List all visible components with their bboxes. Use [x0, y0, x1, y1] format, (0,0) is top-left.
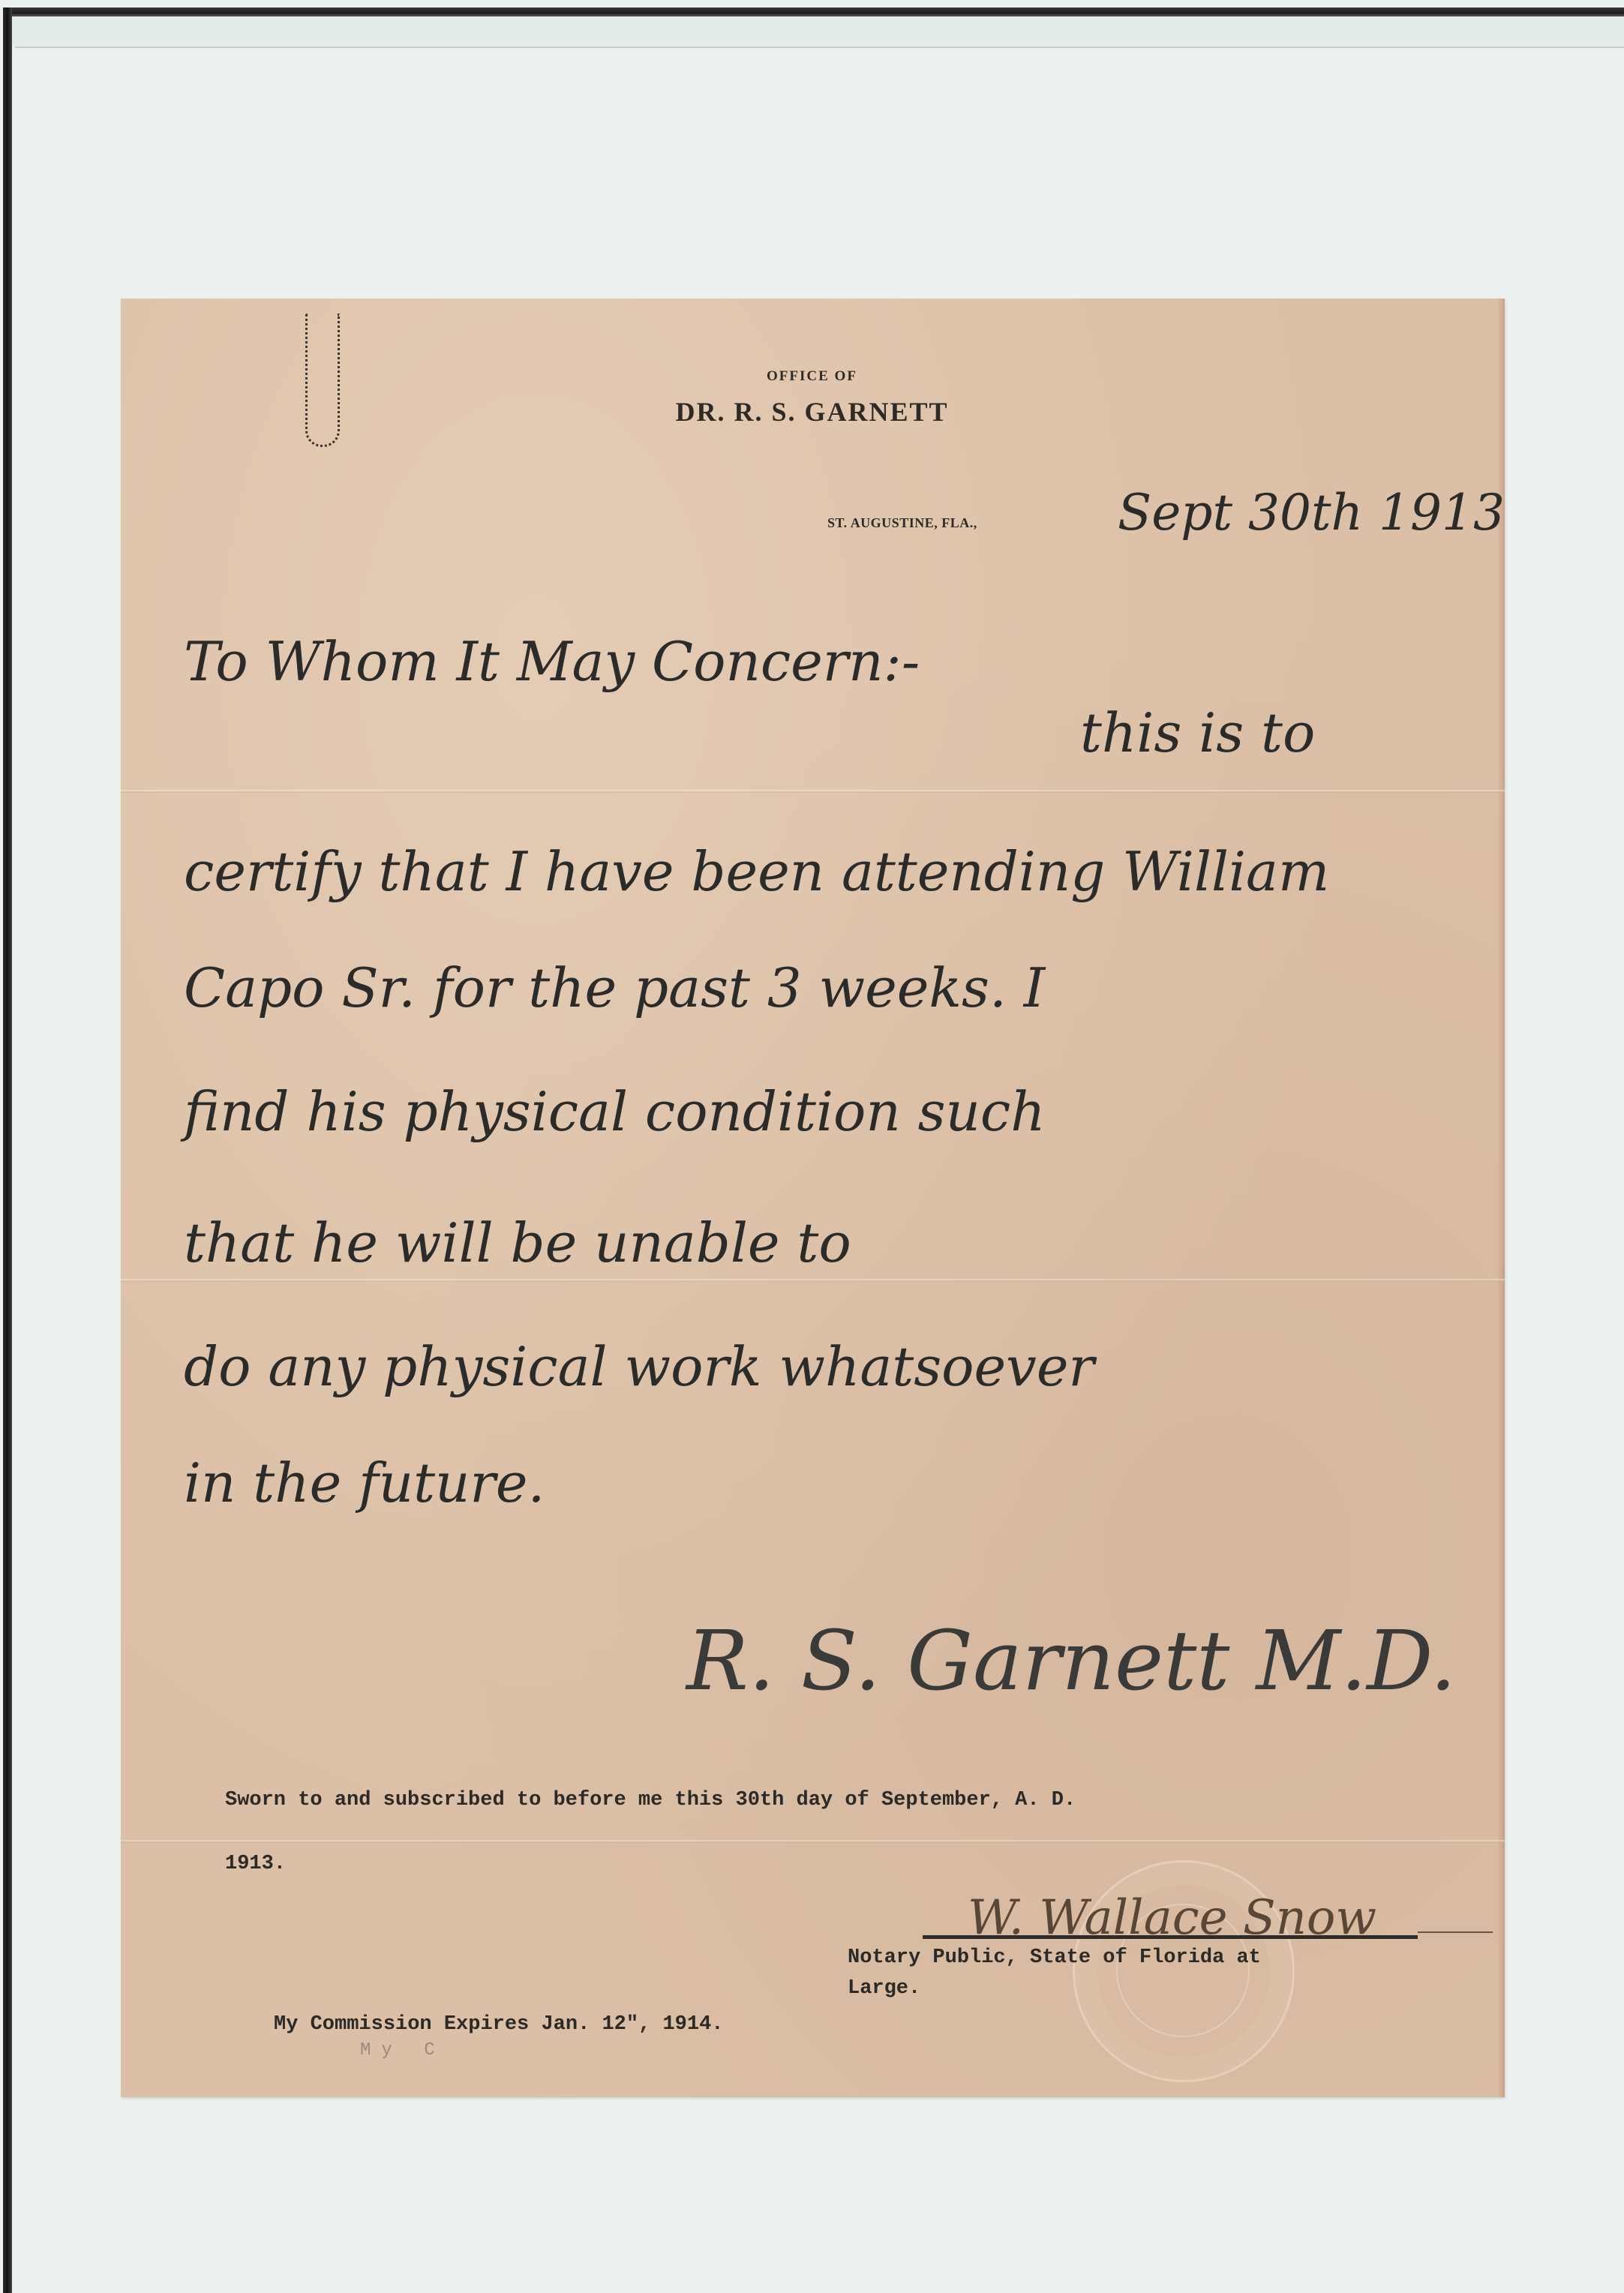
body-line: certify that I have been attending Willi… — [184, 840, 1329, 903]
body-line: do any physical work whatsoever — [184, 1335, 1094, 1398]
signature-rule-extension — [1418, 1931, 1493, 1933]
body-line: Capo Sr. for the past 3 weeks. I — [184, 956, 1045, 1019]
letter-paper — [121, 299, 1505, 2097]
handwritten-date: Sept 30th 1913 — [1118, 484, 1505, 542]
body-line: this is to — [1080, 701, 1315, 764]
letterhead-doctor-name: DR. R. S. GARNETT — [0, 396, 1624, 428]
scanner-inner-line — [15, 47, 1624, 48]
body-line: in the future. — [184, 1451, 545, 1514]
letterhead-office-of: OFFICE OF — [0, 368, 1624, 385]
signature-rule — [923, 1935, 1418, 1939]
paper-fold-line — [121, 790, 1505, 793]
notary-title-line-1: Notary Public, State of Florida at — [848, 1946, 1261, 1969]
commission-expiry: My Commission Expires Jan. 12", 1914. — [274, 2013, 724, 2036]
salutation: To Whom It May Concern:- — [184, 630, 920, 693]
paper-fold-line — [121, 1840, 1505, 1843]
scanner-top-strip — [12, 17, 1624, 47]
paper-fold-line — [121, 1279, 1505, 1282]
scanner-frame-left — [3, 8, 12, 2293]
body-line: find his physical condition such — [184, 1080, 1046, 1143]
doctor-signature: R. S. Garnett M.D. — [686, 1613, 1456, 1709]
paper-edge-shading — [1497, 299, 1505, 2097]
scanner-frame-top — [6, 8, 1624, 17]
faint-overprint: My C — [360, 2040, 446, 2060]
sworn-statement: Sworn to and subscribed to before me thi… — [225, 1789, 1076, 1811]
sworn-year: 1913. — [225, 1853, 286, 1875]
body-line: that he will be unable to — [184, 1211, 851, 1274]
letterhead-city: ST. AUGUSTINE, FLA., — [827, 515, 977, 531]
notary-title-line-2: Large. — [848, 1977, 920, 2000]
